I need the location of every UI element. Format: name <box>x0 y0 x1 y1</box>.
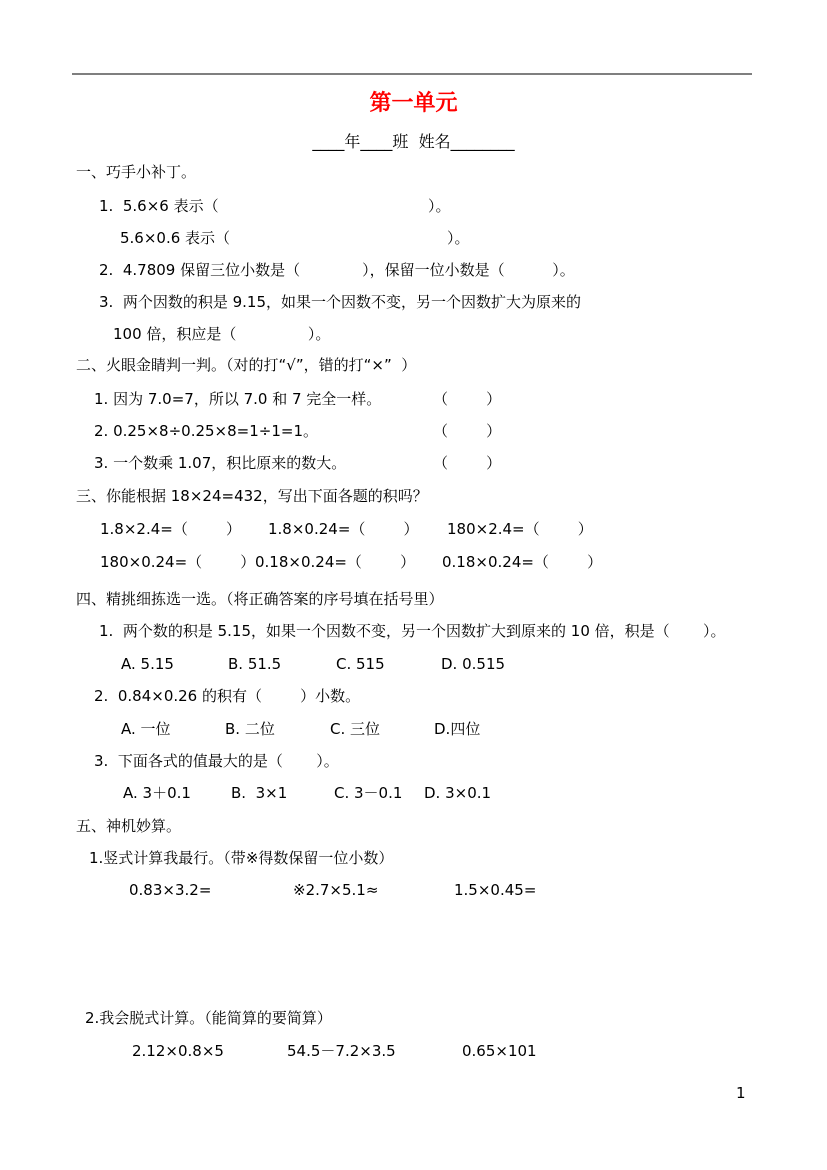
header-rule <box>72 73 752 75</box>
s3-row2-item2: 0.18×0.24=（ ） <box>255 552 415 572</box>
s5-row2: 2.12×0.8×5 54.5－7.2×3.5 0.65×101 <box>0 1041 827 1061</box>
s1-q1b-row: 5.6×0.6 表示（ ）。 <box>0 228 827 248</box>
s4-q3-option-a: A. 3＋0.1 <box>123 783 191 803</box>
s5-row1-item1: 0.83×3.2= <box>129 880 211 900</box>
s2-q3-text: 3. 一个数乘 1.07，积比原来的数大。 <box>94 453 346 473</box>
s2-q2-text: 2. 0.25×8÷0.25×8=1÷1=1。 <box>94 421 318 441</box>
s2-q3-answer-parens: （ ） <box>433 453 501 473</box>
s4-q2-option-d: D.四位 <box>434 719 480 739</box>
s3-row2: 180×0.24=（ ） 0.18×0.24=（ ） 0.18×0.24=（ ） <box>0 552 827 572</box>
s5-row1-item3: 1.5×0.45= <box>454 880 536 900</box>
s1-q1a-close: ）。 <box>428 196 451 216</box>
s3-row2-item1: 180×0.24=（ ） <box>100 552 255 572</box>
s3-row1-item3: 180×2.4=（ ） <box>447 519 593 539</box>
s3-row1: 1.8×2.4=（ ） 1.8×0.24=（ ） 180×2.4=（ ） <box>0 519 827 539</box>
s2-q2-row: 2. 0.25×8÷0.25×8=1÷1=1。 （ ） <box>0 421 827 441</box>
s4-q2-option-a: A. 一位 <box>121 719 171 739</box>
s4-q1-option-a: A. 5.15 <box>121 654 174 674</box>
s1-q1b-close: ）。 <box>447 228 470 248</box>
s4-q3-option-c: C. 3－0.1 <box>334 783 402 803</box>
s4-q3-options: A. 3＋0.1 B. 3×1 C. 3－0.1 D. 3×0.1 <box>0 783 827 803</box>
s5-sub2: 2.我会脱式计算。（能简算的要简算） <box>85 1008 332 1028</box>
s4-q2: 2. 0.84×0.26 的积有（ ）小数。 <box>94 686 360 706</box>
s4-q1-option-d: D. 0.515 <box>441 654 505 674</box>
s4-q1-option-c: C. 515 <box>336 654 385 674</box>
s2-q2-answer-parens: （ ） <box>433 421 501 441</box>
section2-heading: 二、火眼金睛判一判。（对的打“√”，错的打“×” ） <box>76 355 416 375</box>
s5-row2-item3: 0.65×101 <box>462 1041 537 1061</box>
s5-row2-item2: 54.5－7.2×3.5 <box>287 1041 396 1061</box>
s2-q1-row: 1. 因为 7.0=7，所以 7.0 和 7 完全一样。 （ ） <box>0 389 827 409</box>
s4-q3-option-d: D. 3×0.1 <box>424 783 491 803</box>
s1-q1b-text: 5.6×0.6 表示（ <box>120 228 230 248</box>
s4-q1-option-b: B. 51.5 <box>228 654 281 674</box>
s2-q1-text: 1. 因为 7.0=7，所以 7.0 和 7 完全一样。 <box>94 389 381 409</box>
s1-q3-line1: 3. 两个因数的积是 9.15，如果一个因数不变，另一个因数扩大为原来的 <box>99 292 581 312</box>
s1-q3-line2: 100 倍，积应是（ ）。 <box>113 324 330 344</box>
s3-row1-item1: 1.8×2.4=（ ） <box>100 519 241 539</box>
name-class-line: ____年____班 姓名________ <box>0 129 827 152</box>
s5-row1: 0.83×3.2= ※2.7×5.1≈ 1.5×0.45= <box>0 880 827 900</box>
s1-q1a-text: 1. 5.6×6 表示（ <box>99 196 219 216</box>
section4-heading: 四、精挑细拣选一选。（将正确答案的序号填在括号里） <box>76 589 444 609</box>
worksheet-page: 第一单元 ____年____班 姓名________ 一、巧手小补丁。 1. 5… <box>0 0 827 1170</box>
s2-q1-answer-parens: （ ） <box>433 389 501 409</box>
s4-q3: 3. 下面各式的值最大的是（ ）。 <box>94 751 339 771</box>
s5-row2-item1: 2.12×0.8×5 <box>132 1041 224 1061</box>
s4-q2-option-b: B. 二位 <box>225 719 275 739</box>
section3-heading: 三、你能根据 18×24=432，写出下面各题的积吗？ <box>76 486 428 506</box>
s5-row1-item2: ※2.7×5.1≈ <box>293 880 378 900</box>
s5-sub1: 1.竖式计算我最行。（带※得数保留一位小数） <box>89 848 393 868</box>
s4-q2-option-c: C. 三位 <box>330 719 380 739</box>
page-title: 第一单元 <box>0 86 827 117</box>
s4-q1-options: A. 5.15 B. 51.5 C. 515 D. 0.515 <box>0 654 827 674</box>
section1-heading: 一、巧手小补丁。 <box>76 162 196 182</box>
s2-q3-row: 3. 一个数乘 1.07，积比原来的数大。 （ ） <box>0 453 827 473</box>
s1-q1a-row: 1. 5.6×6 表示（ ）。 <box>0 196 827 216</box>
section5-heading: 五、神机妙算。 <box>76 816 181 836</box>
s4-q2-options: A. 一位 B. 二位 C. 三位 D.四位 <box>0 719 827 739</box>
s3-row1-item2: 1.8×0.24=（ ） <box>268 519 419 539</box>
page-number: 1 <box>736 1084 746 1102</box>
s3-row2-item3: 0.18×0.24=（ ） <box>442 552 602 572</box>
s4-q1: 1. 两个数的积是 5.15，如果一个因数不变，另一个因数扩大到原来的 10 倍… <box>99 621 726 641</box>
s1-q2: 2. 4.7809 保留三位小数是（ ），保留一位小数是（ ）。 <box>99 260 575 280</box>
s4-q3-option-b: B. 3×1 <box>231 783 287 803</box>
